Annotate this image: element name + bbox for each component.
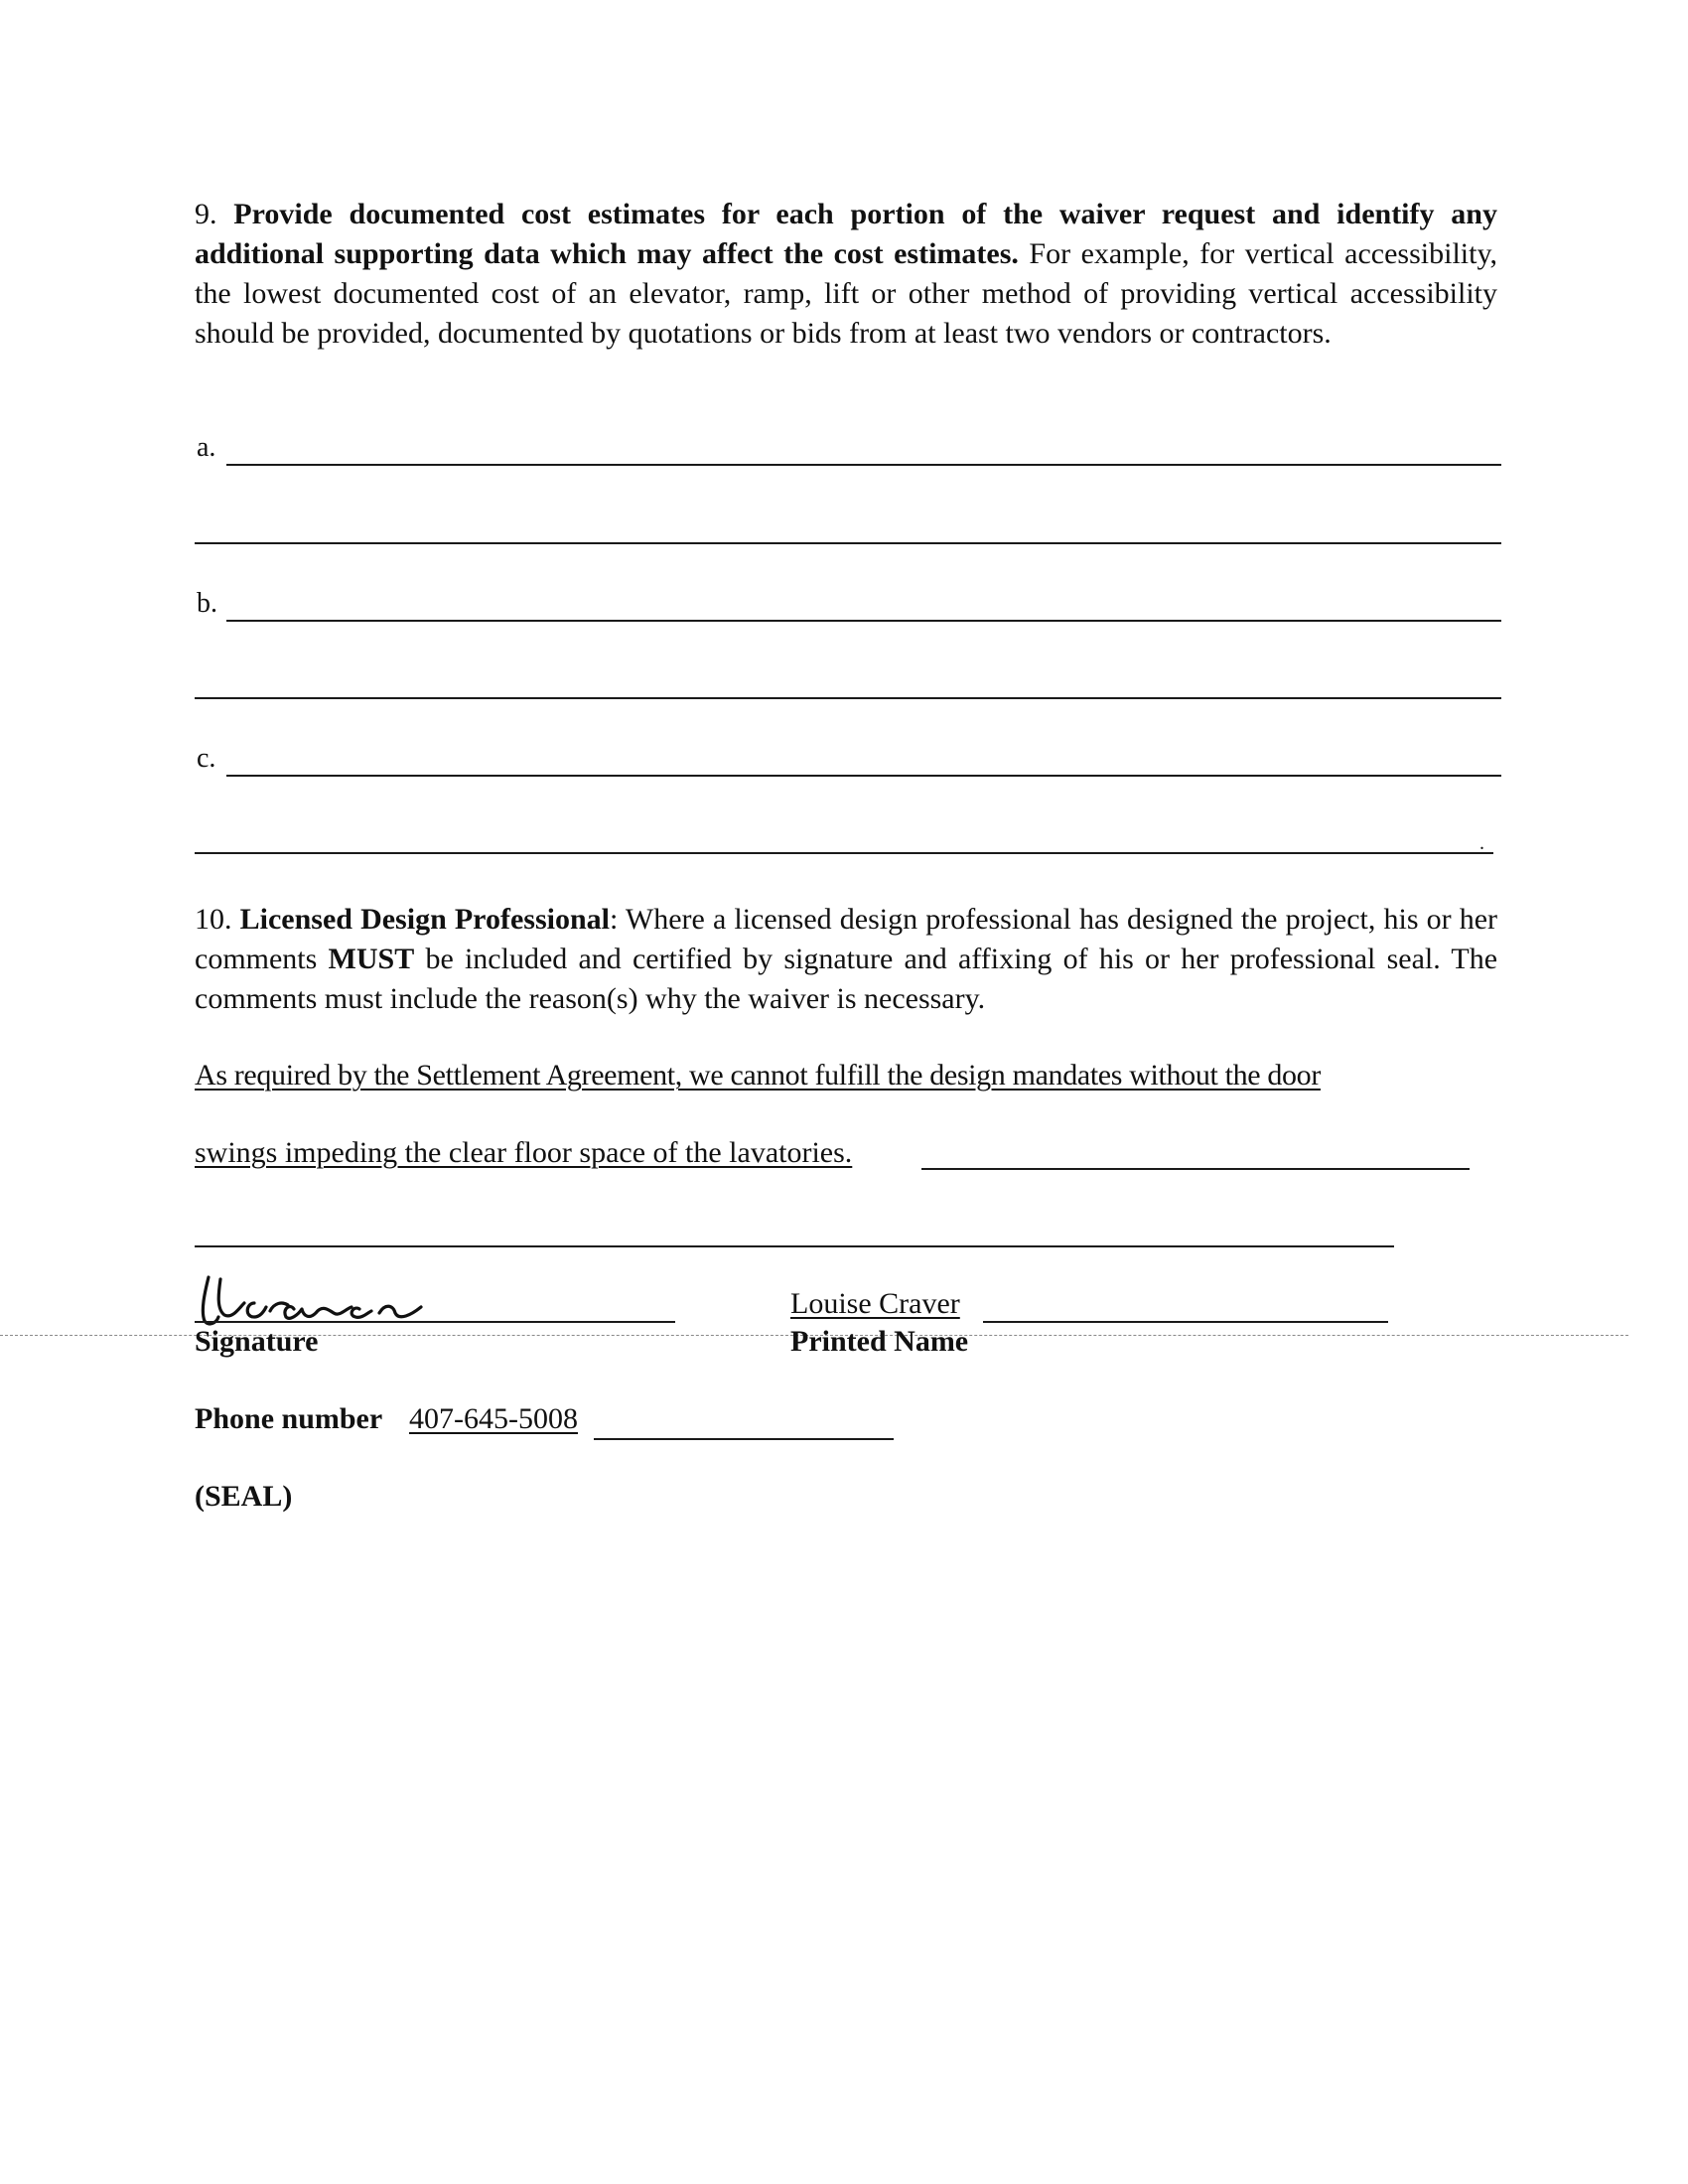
- item-c-input-line-1[interactable]: [226, 775, 1501, 777]
- phone-label: Phone number: [195, 1402, 382, 1436]
- item-a-input-line-1[interactable]: [226, 464, 1501, 466]
- item-b-input-line-1[interactable]: [226, 620, 1501, 622]
- phone-line[interactable]: [594, 1438, 894, 1440]
- item-b-input-line-2[interactable]: [195, 697, 1501, 699]
- item-c-label: c.: [197, 744, 215, 774]
- question-10-text: 10. Licensed Design Professional: Where …: [195, 900, 1497, 1019]
- question-10-emphasis: MUST: [329, 943, 415, 975]
- response-line-2-fill[interactable]: [921, 1168, 1470, 1170]
- question-9-text: 9. Provide documented cost estimates for…: [195, 195, 1497, 354]
- response-line-3[interactable]: [195, 1245, 1394, 1247]
- signature-line[interactable]: [195, 1321, 675, 1323]
- seal-label: (SEAL): [195, 1480, 292, 1514]
- period-mark: .: [1479, 832, 1484, 855]
- design-professional-response-line-1[interactable]: As required by the Settlement Agreement,…: [195, 1056, 1321, 1095]
- design-professional-response-line-2[interactable]: swings impeding the clear floor space of…: [195, 1133, 852, 1173]
- item-c-input-line-2[interactable]: [195, 852, 1493, 854]
- item-a-label: a.: [197, 433, 215, 463]
- signature-label: Signature: [195, 1325, 318, 1359]
- question-10-heading: Licensed Design Professional: [240, 903, 610, 936]
- item-a-input-line-2[interactable]: [195, 542, 1501, 544]
- phone-value[interactable]: 407-645-5008: [409, 1402, 578, 1436]
- question-9-number: 9.: [195, 198, 217, 230]
- printed-name-label: Printed Name: [790, 1325, 968, 1359]
- printed-name-line[interactable]: [983, 1321, 1388, 1323]
- question-10-number: 10.: [195, 903, 232, 936]
- printed-name-value[interactable]: Louise Craver: [790, 1287, 960, 1321]
- item-b-label: b.: [197, 589, 217, 619]
